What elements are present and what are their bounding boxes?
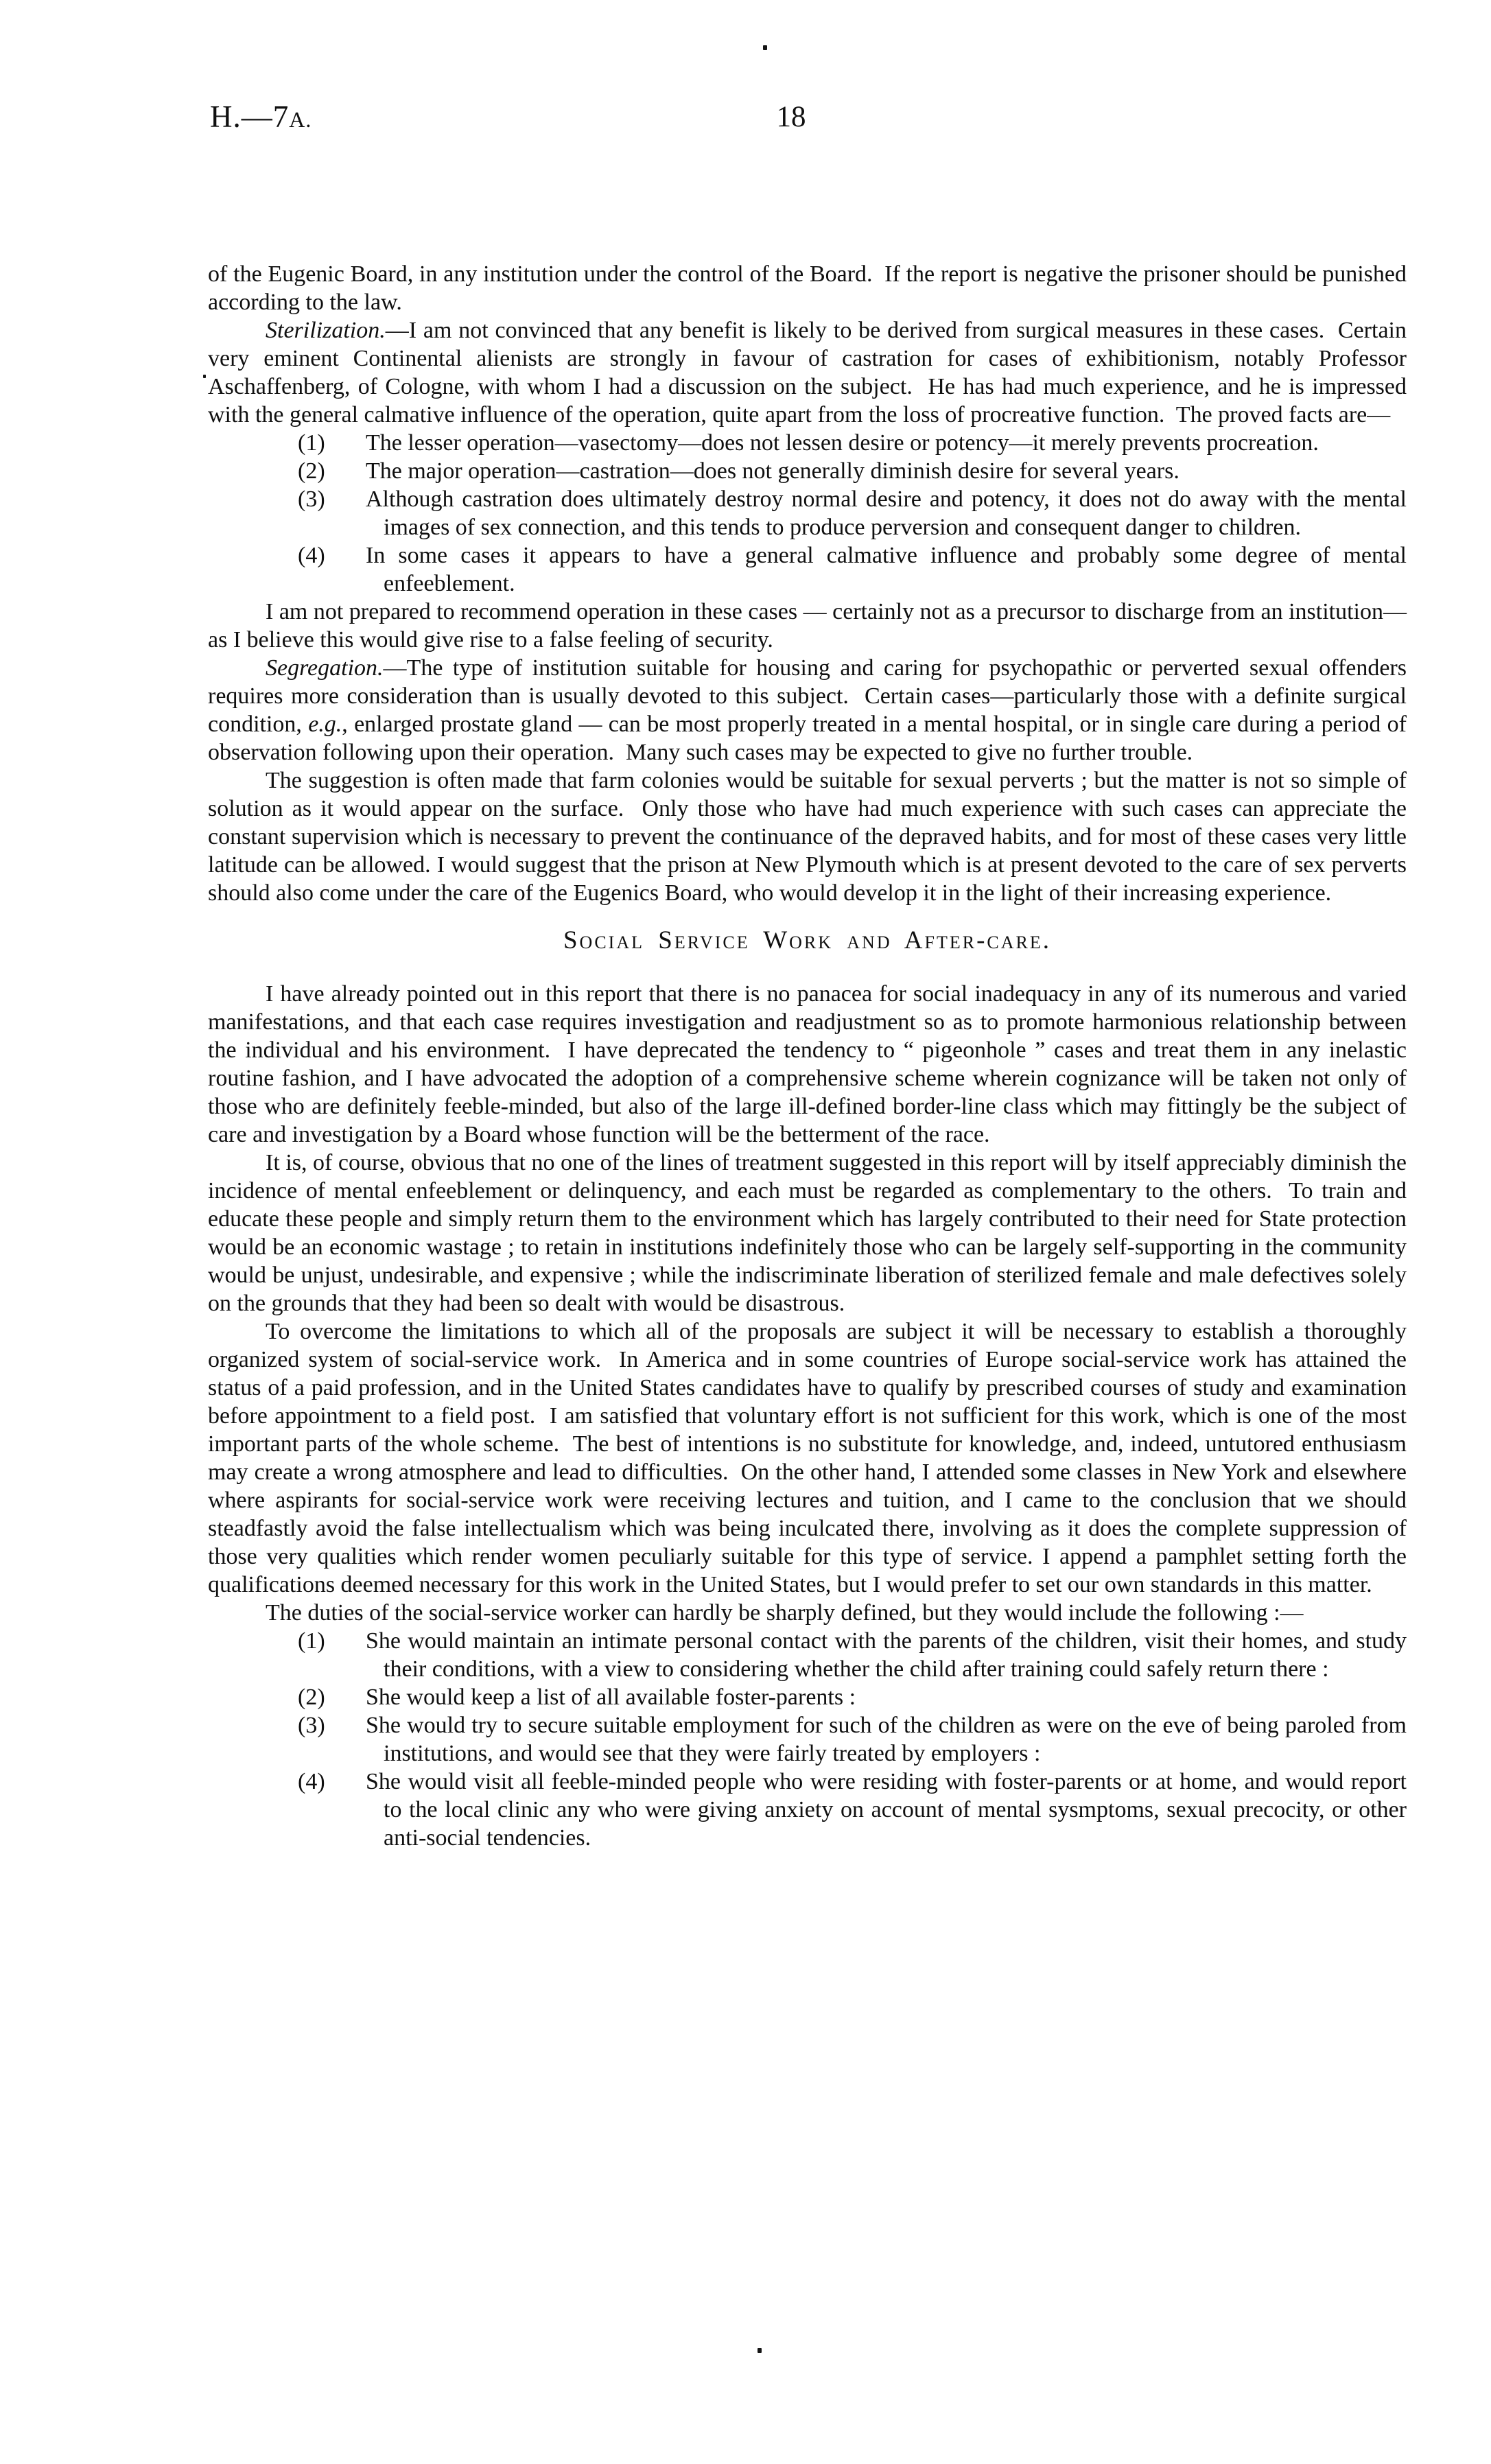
document-body: of the Eugenic Board, in any institution…: [208, 260, 1407, 1852]
list-item-number: (3): [298, 485, 325, 513]
segregation-eg: e.g.: [308, 712, 342, 737]
paragraph-farm-colonies: The suggestion is often made that farm c…: [208, 766, 1407, 907]
list-item-text: She would keep a list of all available f…: [366, 1685, 856, 1710]
document-page: H.—7A. 18 of the Eugenic Board, in any i…: [0, 0, 1491, 2464]
section-heading: Social Service Work and After-care.: [208, 926, 1407, 956]
paragraph-sterilization: Sterilization.—I am not convinced that a…: [208, 316, 1407, 429]
paragraph-no-panacea: I have already pointed out in this repor…: [208, 980, 1407, 1149]
list-item-number: (1): [298, 429, 325, 457]
list-item-number: (1): [298, 1627, 325, 1655]
list-item-number: (2): [298, 1683, 325, 1711]
scan-speck: [763, 45, 767, 50]
scan-speck: [758, 2348, 762, 2353]
list-item-text: She would visit all feeble-minded people…: [366, 1769, 1407, 1851]
duties-list: (1)She would maintain an intimate person…: [208, 1627, 1407, 1852]
list-item-number: (4): [298, 541, 325, 570]
paragraph-complementary: It is, of course, obvious that no one of…: [208, 1149, 1407, 1317]
list-item-text: She would maintain an intimate personal …: [366, 1628, 1407, 1682]
list-item-text: She would try to secure suitable employm…: [366, 1713, 1407, 1766]
list-item-text: The major operation—castration—does not …: [366, 458, 1179, 484]
sterilization-text: —I am not convinced that any benefit is …: [208, 318, 1407, 427]
segregation-text-2: , enlarged prostate gland — can be most …: [208, 712, 1407, 765]
paragraph-social-service: To overcome the limitations to which all…: [208, 1317, 1407, 1599]
sterilization-lead: Sterilization.: [266, 318, 386, 343]
list-item: (4)She would visit all feeble-minded peo…: [208, 1768, 1407, 1852]
list-item: (1)The lesser operation—vasectomy—does n…: [208, 429, 1407, 457]
paragraph-continuation: of the Eugenic Board, in any institution…: [208, 260, 1407, 316]
page-number: 18: [208, 100, 1374, 134]
scan-speck: [203, 375, 206, 378]
list-item: (1)She would maintain an intimate person…: [208, 1627, 1407, 1683]
list-item: (3)She would try to secure suitable empl…: [208, 1711, 1407, 1768]
list-item: (2)She would keep a list of all availabl…: [208, 1683, 1407, 1711]
paragraph-duties-intro: The duties of the social-service worker …: [208, 1599, 1407, 1627]
list-item-number: (3): [298, 1711, 325, 1739]
list-item-number: (4): [298, 1768, 325, 1796]
proved-facts-list: (1)The lesser operation—vasectomy—does n…: [208, 429, 1407, 598]
list-item-number: (2): [298, 457, 325, 485]
list-item: (2)The major operation—castration—does n…: [208, 457, 1407, 485]
paragraph-segregation: Segregation.—The type of institution sui…: [208, 654, 1407, 766]
list-item-text: In some cases it appears to have a gener…: [366, 543, 1407, 596]
paragraph-recommendation: I am not prepared to recommend operation…: [208, 598, 1407, 654]
list-item: (3)Although castration does ultimately d…: [208, 485, 1407, 541]
list-item: (4)In some cases it appears to have a ge…: [208, 541, 1407, 598]
list-item-text: The lesser operation—vasectomy—does not …: [366, 430, 1319, 456]
list-item-text: Although castration does ultimately dest…: [366, 486, 1407, 540]
segregation-lead: Segregation.: [266, 655, 384, 681]
